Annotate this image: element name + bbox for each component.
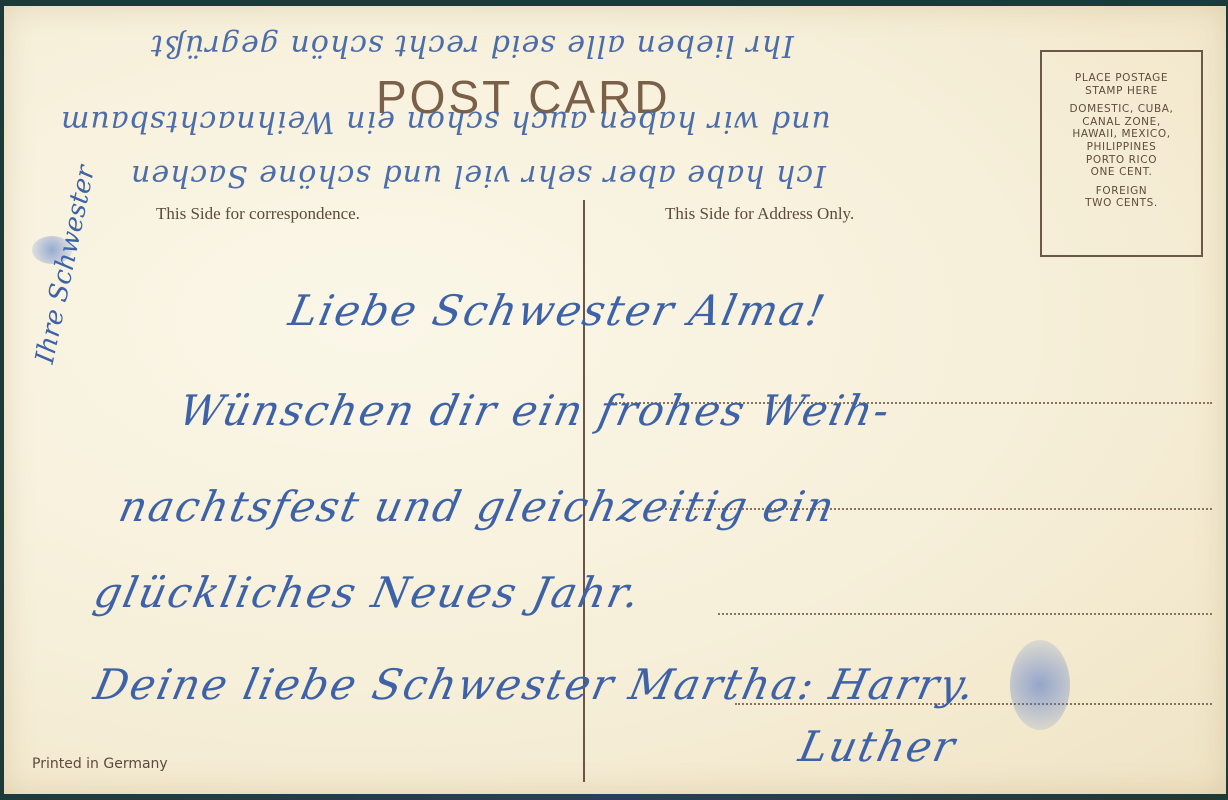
- stamp-text: CANAL ZONE,: [1042, 116, 1201, 129]
- stamp-text: PORTO RICO: [1042, 154, 1201, 167]
- printed-in-label: Printed in Germany: [32, 756, 168, 772]
- stamp-text: HAWAII, MEXICO,: [1042, 128, 1201, 141]
- handwriting-top-line: und wir haben auch schon ein Weihnachtsb…: [60, 104, 831, 139]
- ink-blot: [32, 236, 72, 264]
- handwriting-top-line: Ihr lieben alle seid recht schön gegrüßt: [150, 28, 794, 63]
- handwriting-greeting: Liebe Schwester Alma!: [285, 286, 831, 335]
- stamp-text: STAMP HERE: [1042, 85, 1201, 98]
- stamp-text: TWO CENTS.: [1042, 197, 1201, 210]
- address-line-3: [718, 613, 1212, 615]
- correspondence-label: This Side for correspondence.: [156, 204, 360, 224]
- address-label: This Side for Address Only.: [665, 204, 854, 224]
- handwriting-line: Wünschen dir ein frohes Weih-: [175, 386, 896, 435]
- handwriting-signature: Deine liebe Schwester Martha: Harry.: [90, 660, 981, 709]
- ink-blot: [1010, 640, 1070, 730]
- handwriting-line: glückliches Neues Jahr.: [90, 568, 646, 617]
- background-edge: [0, 794, 1228, 800]
- stamp-text: DOMESTIC, CUBA,: [1042, 103, 1201, 116]
- stamp-text: FOREIGN: [1042, 185, 1201, 198]
- stamp-text: ONE CENT.: [1042, 166, 1201, 179]
- handwriting-line: nachtsfest und gleichzeitig ein: [115, 482, 841, 531]
- stamp-box: PLACE POSTAGE STAMP HERE DOMESTIC, CUBA,…: [1040, 50, 1203, 257]
- handwriting-signature-surname: Luther: [795, 722, 961, 771]
- stamp-text: PLACE POSTAGE: [1042, 72, 1201, 85]
- handwriting-top-line: Ich habe aber sehr viel und schöne Sache…: [130, 158, 826, 193]
- stamp-text: PHILIPPINES: [1042, 141, 1201, 154]
